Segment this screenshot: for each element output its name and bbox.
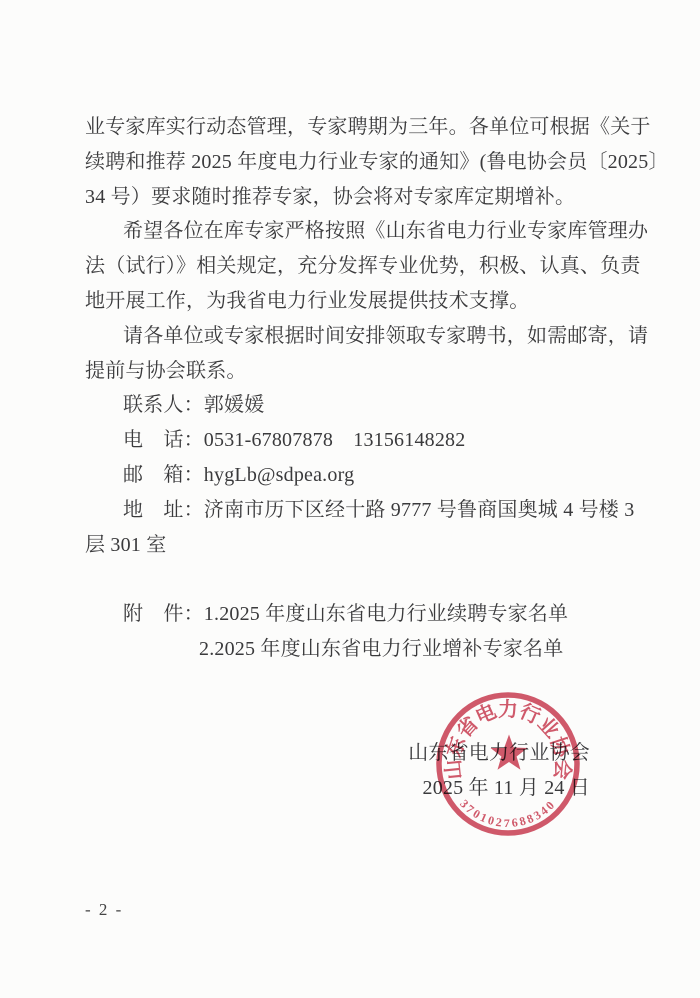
contact-person-line: 联系人：郭媛媛 xyxy=(85,388,650,423)
page-number: - 2 - xyxy=(85,898,123,922)
body-line: 请各单位或专家根据时间安排领取专家聘书，如需邮寄，请 xyxy=(85,319,650,354)
attachment-line: 2.2025 年度山东省电力行业增补专家名单 xyxy=(85,632,650,667)
body-line: 续聘和推荐 2025 年度电力行业专家的通知》(鲁电协会员〔2025〕 xyxy=(85,145,650,180)
attachment-line: 附 件：1.2025 年度山东省电力行业续聘专家名单 xyxy=(85,597,650,632)
body-line: 34 号）要求随时推荐专家，协会将对专家库定期增补。 xyxy=(85,180,650,215)
contact-address-line: 地 址：济南市历下区经十路 9777 号鲁商国奥城 4 号楼 3 xyxy=(85,493,650,528)
signature-date: 2025 年 11 月 24 日 xyxy=(85,771,650,806)
contact-email-line: 邮 箱：hygLb@sdpea.org xyxy=(85,458,650,493)
document-body: 业专家库实行动态管理，专家聘期为三年。各单位可根据《关于 续聘和推荐 2025 … xyxy=(85,110,650,806)
body-line: 希望各位在库专家严格按照《山东省电力行业专家库管理办 xyxy=(85,214,650,249)
body-line: 提前与协会联系。 xyxy=(85,354,650,389)
contact-phone-line: 电 话：0531-67807878 13156148282 xyxy=(85,423,650,458)
body-line: 法（试行）》相关规定，充分发挥专业优势，积极、认真、负责 xyxy=(85,249,650,284)
signature-organization: 山东省电力行业协会 xyxy=(85,736,650,771)
body-line: 业专家库实行动态管理，专家聘期为三年。各单位可根据《关于 xyxy=(85,110,650,145)
document-page: 业专家库实行动态管理，专家聘期为三年。各单位可根据《关于 续聘和推荐 2025 … xyxy=(0,0,700,998)
contact-address-line: 层 301 室 xyxy=(85,528,650,563)
body-line: 地开展工作，为我省电力行业发展提供技术支撑。 xyxy=(85,284,650,319)
blank-line xyxy=(85,667,650,702)
blank-line xyxy=(85,702,650,737)
blank-line xyxy=(85,562,650,597)
